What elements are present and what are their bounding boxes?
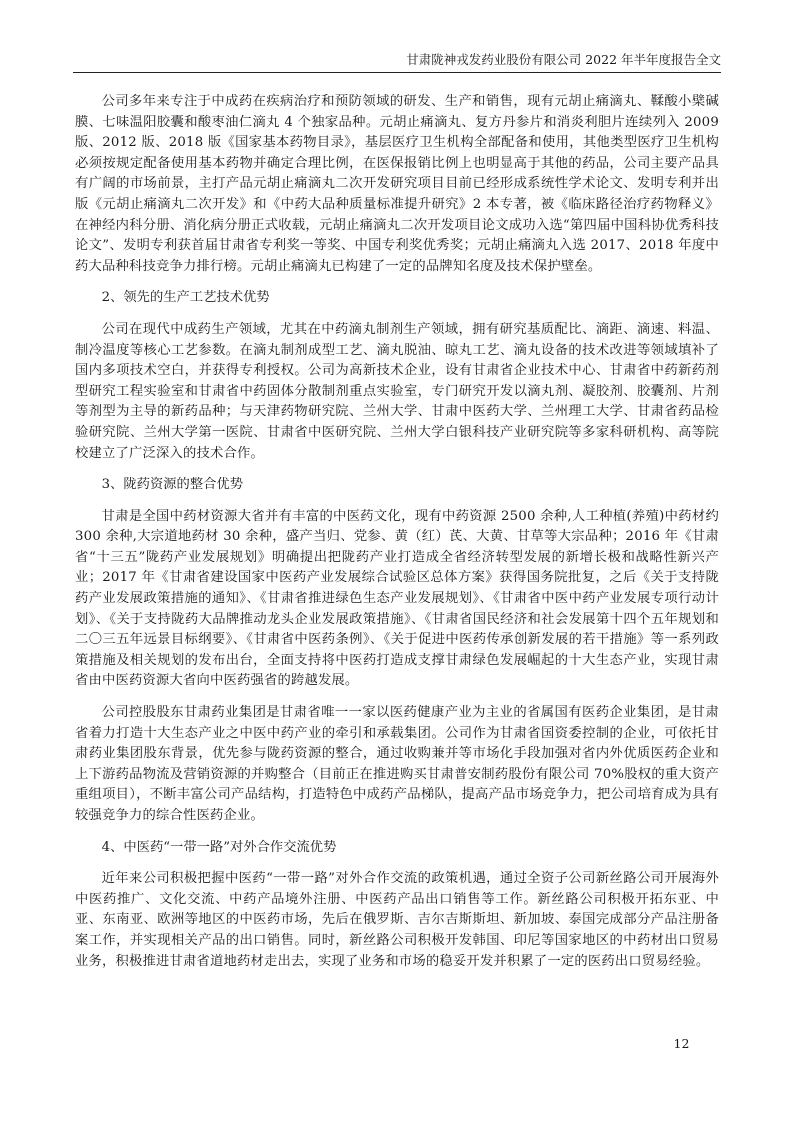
section-heading-belt-and-road: 4、中医药“一带一路”对外合作交流优势 — [75, 838, 719, 859]
paragraph-gansu-resources: 甘肃是全国中药材资源大省并有丰富的中医药文化，现有中药资源 2500 余种,人工… — [75, 507, 719, 692]
paragraph-production-technology: 公司在现代中成药生产领域，尤其在中药滴丸制剂生产领域，拥有研究基质配比、滴距、滴… — [75, 320, 719, 464]
paragraph-controlling-shareholder: 公司控股股东甘肃药业集团是甘肃省唯一一家以医药健康产业为主业的省属国有医药企业集… — [75, 703, 719, 827]
paragraph-belt-and-road: 近年来公司积极把握中医药“一带一路”对外合作交流的政策机遇，通过全资子公司新丝路… — [75, 869, 719, 972]
page-header: 甘肃陇神戎发药业股份有限公司 2022 年半年度报告全文 — [73, 50, 721, 73]
page-footer: 12 — [0, 1036, 793, 1051]
document-body: 公司多年来专注于中成药在疾病治疗和预防领域的研发、生产和销售，现有元胡止痛滴丸、… — [75, 92, 719, 983]
paragraph-core-products: 公司多年来专注于中成药在疾病治疗和预防领域的研发、生产和销售，现有元胡止痛滴丸、… — [75, 92, 719, 277]
section-heading-resource-integration: 3、陇药资源的整合优势 — [75, 475, 719, 496]
page-number: 12 — [674, 1036, 690, 1051]
section-heading-production-technology: 2、领先的生产工艺技术优势 — [75, 288, 719, 309]
report-title: 甘肃陇神戎发药业股份有限公司 2022 年半年度报告全文 — [406, 52, 721, 67]
